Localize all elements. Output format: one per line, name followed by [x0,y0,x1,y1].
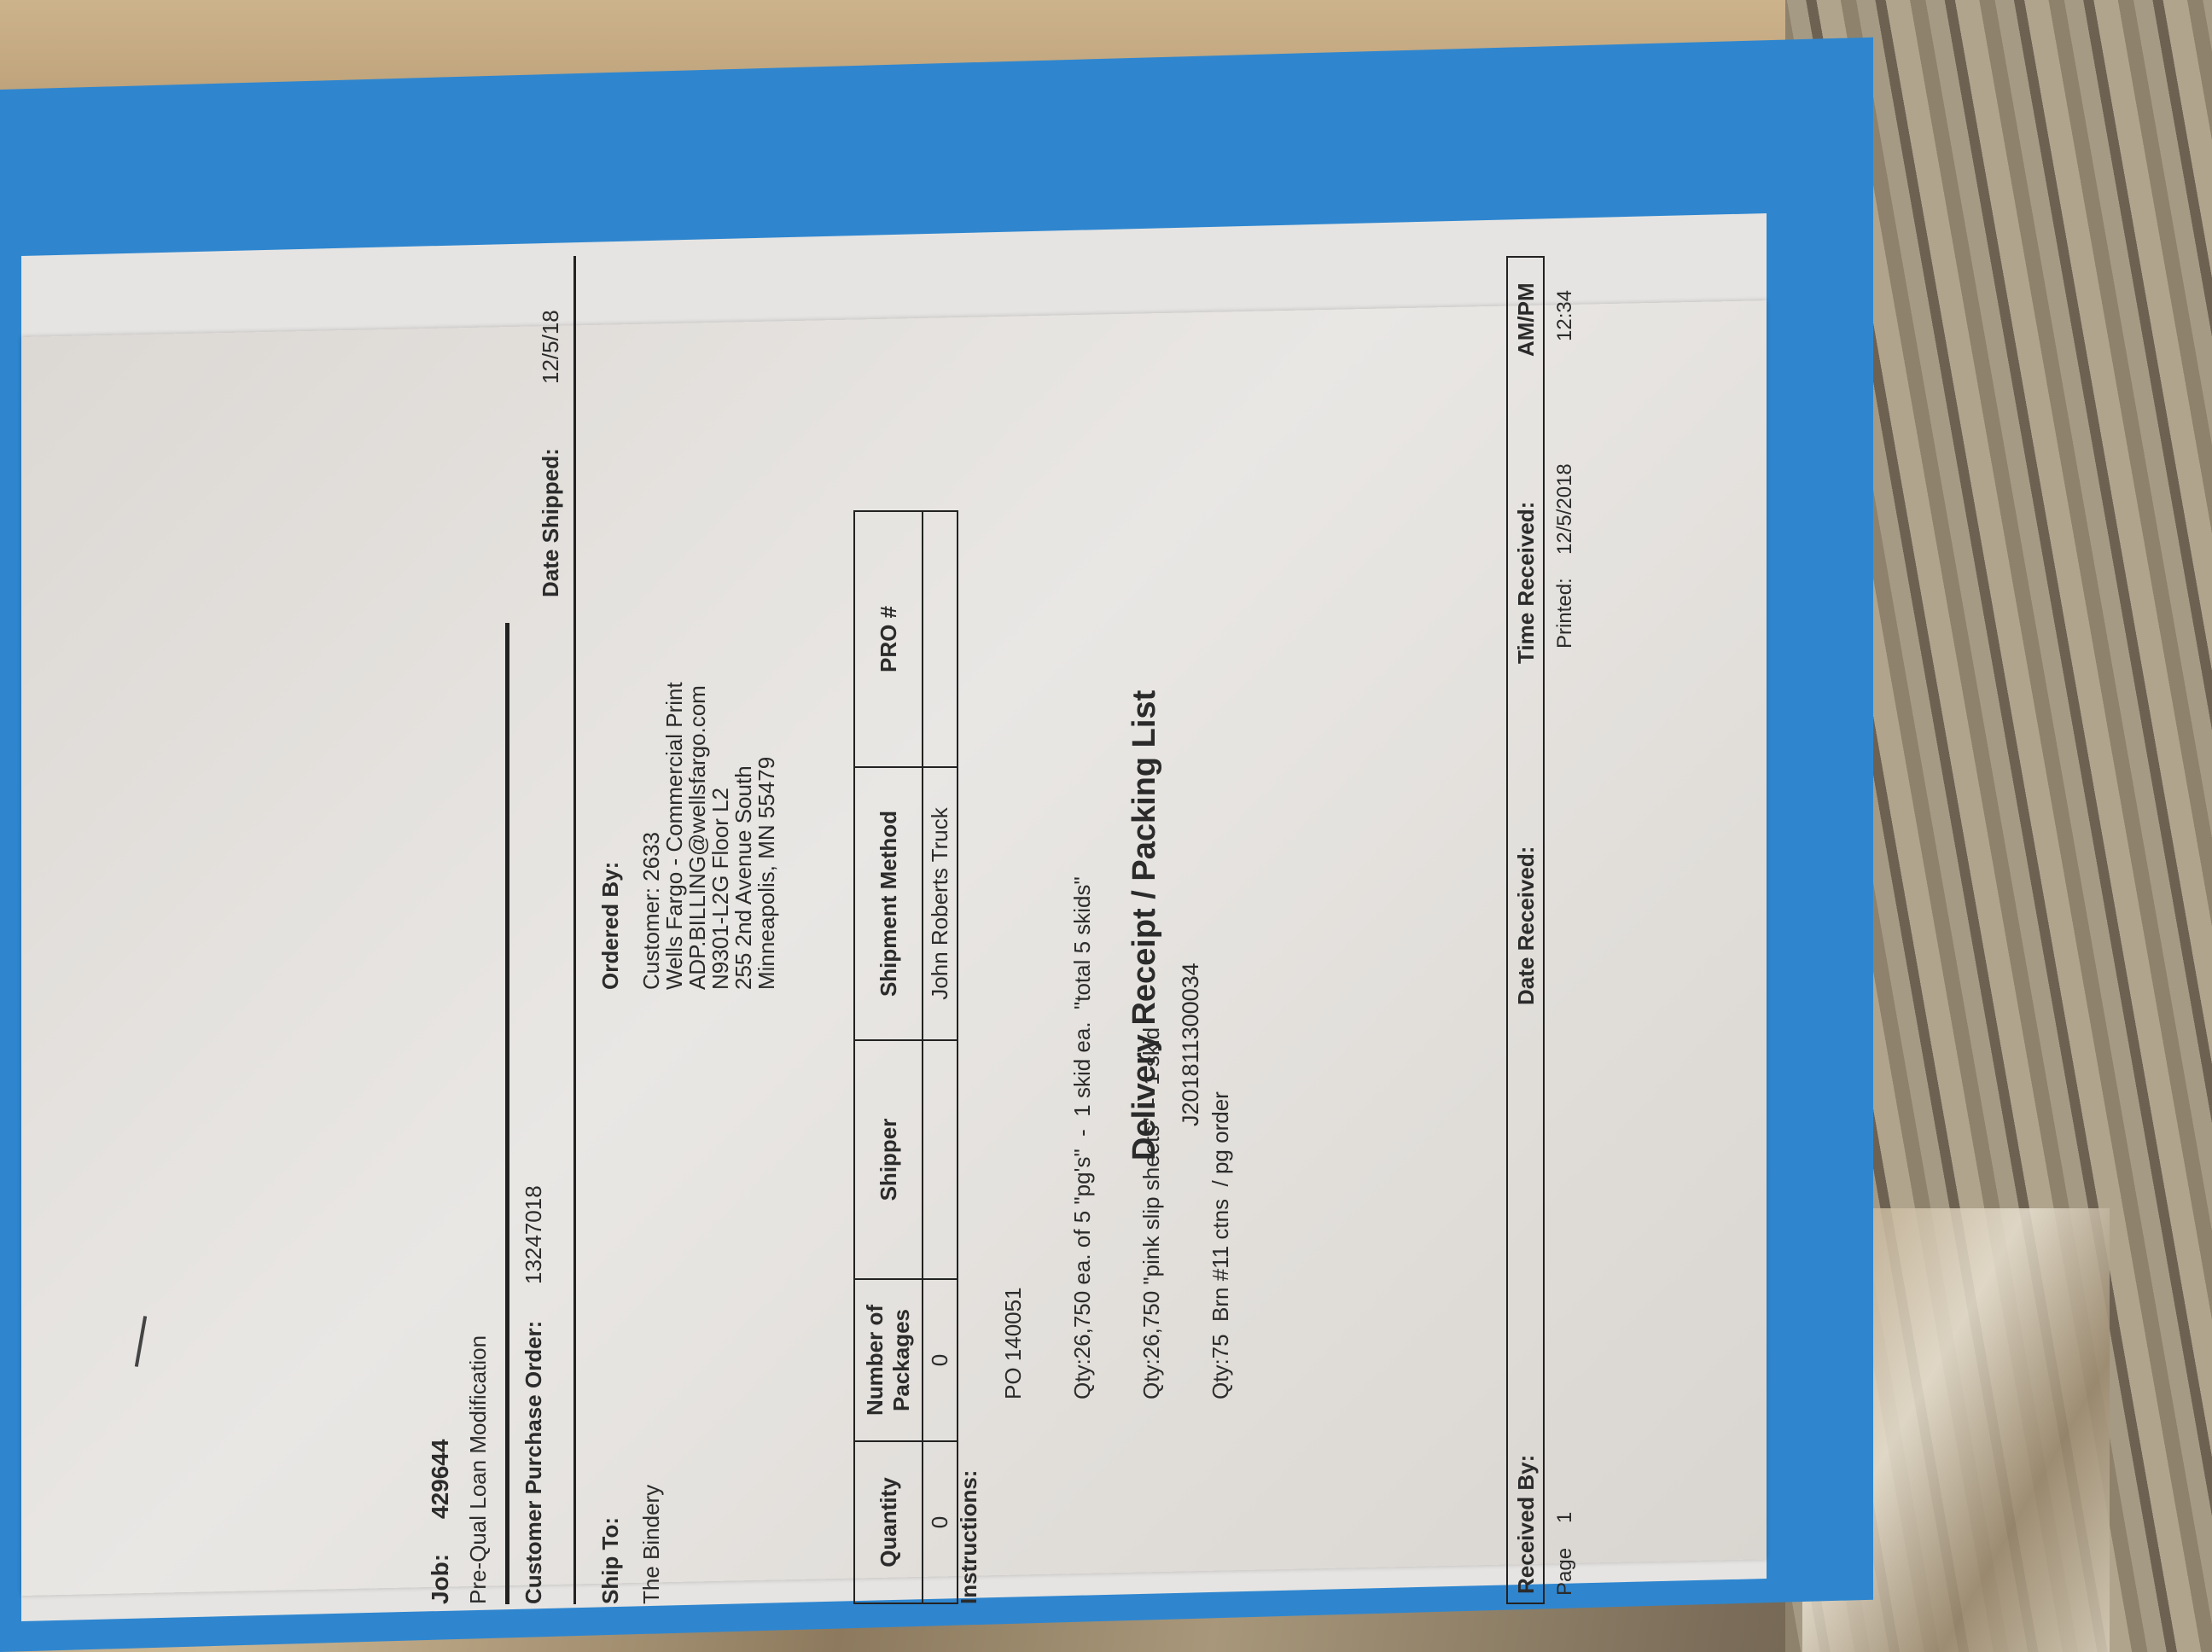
shipment-table-header: Quantity Number of Packages Shipper Ship… [854,511,923,1603]
col-shipment-method: Shipment Method [854,767,923,1040]
header-rule [505,623,509,1604]
table-row: 0 0 John Roberts Truck [923,511,958,1603]
cell-pro-number [923,511,958,767]
ordered-by-label: Ordered By: [597,862,624,990]
cell-shipper [923,1040,958,1279]
ordered-by-line: ADP.BILLING@wellsfargo.com [686,682,709,990]
am-pm-label: AM/PM [1513,282,1540,357]
col-shipper: Shipper [854,1040,923,1279]
page-label: Page [1553,1548,1577,1596]
received-by-label: Received By: [1513,1455,1540,1594]
shipment-table: Quantity Number of Packages Shipper Ship… [853,510,958,1604]
cell-shipment-method: John Roberts Truck [923,767,958,1040]
ordered-by-line: N9301-L2G Floor L2 [709,682,732,990]
date-received-label: Date Received: [1513,846,1540,1005]
printed-time: 12:34 [1553,290,1577,341]
ordered-by-line: 255 2nd Avenue South [732,682,755,990]
cell-quantity: 0 [923,1441,958,1603]
job-label: Job: [427,1554,454,1604]
instruction-line: Qty:75 Brn #11 ctns / pg order [1209,876,1232,1399]
delivery-receipt-document: Delivery Receipt / Packing List J2018113… [427,256,1707,1604]
printed-date: 12/5/2018 [1553,463,1577,555]
job-number: 429644 [427,1440,454,1519]
instruction-line: Qty:26,750 "pink slip sheets" - 1 skid [1140,876,1163,1399]
job-description: Pre-Qual Loan Modification [465,1335,492,1604]
instructions-text: PO 140051 Qty:26,750 ea. of 5 "pg's" - 1… [956,876,1278,1399]
col-quantity: Quantity [854,1441,923,1603]
instructions-label: Instructions: [956,1470,982,1604]
printed-label: Printed: [1553,578,1577,649]
instruction-line: PO 140051 [1002,876,1025,1399]
ordered-by-address: Customer: 2633 Wells Fargo - Commercial … [640,682,778,990]
col-number-of-packages: Number of Packages [854,1279,923,1441]
ordered-by-line: Minneapolis, MN 55479 [755,682,778,990]
customer-po-label: Customer Purchase Order: [521,1321,547,1604]
date-shipped-label: Date Shipped: [538,448,564,597]
time-received-label: Time Received: [1513,502,1540,664]
ordered-by-line: Customer: 2633 [640,682,663,990]
ordered-by-line: Wells Fargo - Commercial Print [663,682,686,990]
cell-number-of-packages: 0 [923,1279,958,1441]
receipt-signature-box: Received By: Date Received: Time Receive… [1506,256,1545,1604]
date-shipped-value: 12/5/18 [538,310,564,384]
instruction-line: Qty:26,750 ea. of 5 "pg's" - 1 skid ea. … [1071,876,1094,1399]
ship-to-label: Ship To: [597,1517,624,1604]
ship-to-value: The Bindery [638,1485,665,1604]
page-number: 1 [1553,1512,1577,1523]
section-rule [573,256,576,1604]
col-pro-number: PRO # [854,511,923,767]
customer-po-value: 13247018 [521,1185,547,1284]
